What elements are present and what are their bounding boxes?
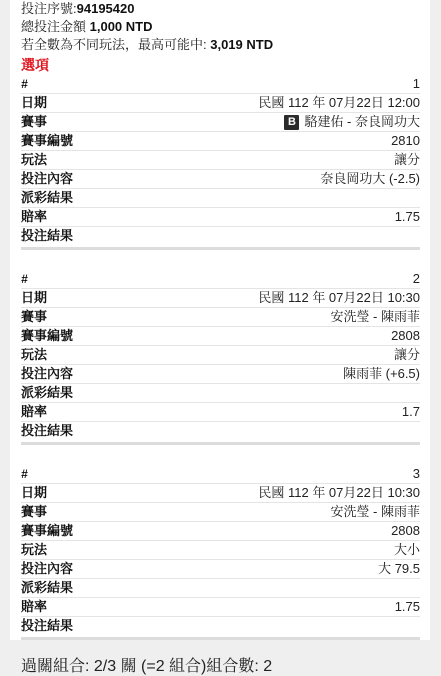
row-play: 玩法大小 [21, 541, 420, 560]
value-num: 1 [413, 75, 420, 93]
serial-label: 投注序號: [21, 1, 77, 16]
row-payout: 派彩結果 [21, 579, 420, 598]
label-payout: 派彩結果 [21, 189, 73, 207]
card-gap [10, 445, 430, 465]
row-odds: 賠率1.75 [21, 208, 420, 227]
row-play: 玩法讓分 [21, 151, 420, 170]
bet-header: 投注序號:94195420 總投注金額 1,000 NTD 若全數為不同玩法，最… [10, 0, 430, 75]
sport-badge-icon: B [284, 115, 299, 130]
label-odds: 賠率 [21, 403, 47, 421]
label-play: 玩法 [21, 541, 47, 559]
label-content: 投注內容 [21, 170, 73, 188]
label-result: 投注結果 [21, 617, 73, 635]
serial-line: 投注序號:94195420 [21, 0, 420, 18]
value-event: 駱建佑 - 奈良岡功大 [304, 113, 420, 131]
card-gap [10, 250, 430, 270]
value-event-id: 2808 [391, 327, 420, 345]
value-play: 讓分 [394, 346, 420, 364]
label-event-id: 賽事編號 [21, 522, 73, 540]
bet-detail-panel: 投注序號:94195420 總投注金額 1,000 NTD 若全數為不同玩法，最… [10, 0, 430, 640]
section-title: 選項 [21, 55, 420, 75]
row-content: 投注內容陳雨菲 (+6.5) [21, 365, 420, 384]
row-date: 日期民國 112 年 07月22日 10:30 [21, 289, 420, 308]
value-play: 大小 [394, 541, 420, 559]
label-payout: 派彩結果 [21, 384, 73, 402]
row-event: 賽事B駱建佑 - 奈良岡功大 [21, 113, 420, 132]
total-value: 1,000 NTD [90, 19, 153, 34]
value-odds: 1.75 [395, 598, 420, 616]
label-result: 投注結果 [21, 422, 73, 440]
max-win-line: 若全數為不同玩法，最高可能中: 3,019 NTD [21, 36, 420, 54]
max-win-value: 3,019 NTD [210, 37, 273, 52]
label-odds: 賠率 [21, 208, 47, 226]
value-content: 陳雨菲 (+6.5) [343, 365, 420, 383]
label-play: 玩法 [21, 151, 47, 169]
row-payout: 派彩結果 [21, 384, 420, 403]
row-num: #1 [21, 75, 420, 94]
label-event: 賽事 [21, 308, 47, 326]
value-date: 民國 112 年 07月22日 10:30 [258, 484, 420, 502]
value-odds: 1.7 [402, 403, 420, 421]
row-payout: 派彩結果 [21, 189, 420, 208]
label-content: 投注內容 [21, 365, 73, 383]
value-play: 讓分 [394, 151, 420, 169]
value-content: 大 79.5 [378, 560, 420, 578]
row-event: 賽事安洗瑩 - 陳雨菲 [21, 503, 420, 522]
total-label: 總投注金額 [21, 19, 90, 34]
row-event: 賽事安洗瑩 - 陳雨菲 [21, 308, 420, 327]
row-event-id: 賽事編號2808 [21, 327, 420, 346]
value-odds: 1.75 [395, 208, 420, 226]
serial-value: 94195420 [77, 1, 135, 16]
row-result: 投注結果 [21, 227, 420, 245]
label-date: 日期 [21, 289, 47, 307]
value-event-id: 2808 [391, 522, 420, 540]
value-content: 奈良岡功大 (-2.5) [320, 170, 420, 188]
bet-card-1: #1 日期民國 112 年 07月22日 12:00 賽事B駱建佑 - 奈良岡功… [21, 75, 420, 250]
row-num: #3 [21, 465, 420, 484]
label-event: 賽事 [21, 503, 47, 521]
value-num: 3 [413, 465, 420, 483]
value-event: 安洗瑩 - 陳雨菲 [330, 503, 420, 521]
row-play: 玩法讓分 [21, 346, 420, 365]
row-content: 投注內容大 79.5 [21, 560, 420, 579]
label-num: # [21, 270, 28, 288]
label-event: 賽事 [21, 113, 47, 131]
row-result: 投注結果 [21, 422, 420, 440]
value-date: 民國 112 年 07月22日 12:00 [258, 94, 420, 112]
label-result: 投注結果 [21, 227, 73, 245]
label-date: 日期 [21, 94, 47, 112]
row-event-id: 賽事編號2808 [21, 522, 420, 541]
row-num: #2 [21, 270, 420, 289]
row-odds: 賠率1.7 [21, 403, 420, 422]
row-result: 投注結果 [21, 617, 420, 635]
total-line: 總投注金額 1,000 NTD [21, 18, 420, 36]
bet-card-3: #3 日期民國 112 年 07月22日 10:30 賽事安洗瑩 - 陳雨菲 賽… [21, 465, 420, 640]
value-num: 2 [413, 270, 420, 288]
label-play: 玩法 [21, 346, 47, 364]
value-event-id: 2810 [391, 132, 420, 150]
bet-card-2: #2 日期民國 112 年 07月22日 10:30 賽事安洗瑩 - 陳雨菲 賽… [21, 270, 420, 445]
value-event-wrap: B駱建佑 - 奈良岡功大 [284, 113, 420, 131]
label-payout: 派彩結果 [21, 579, 73, 597]
row-date: 日期民國 112 年 07月22日 10:30 [21, 484, 420, 503]
label-num: # [21, 75, 28, 93]
value-date: 民國 112 年 07月22日 10:30 [258, 289, 420, 307]
row-content: 投注內容奈良岡功大 (-2.5) [21, 170, 420, 189]
max-win-label: 若全數為不同玩法，最高可能中: [21, 37, 210, 52]
label-odds: 賠率 [21, 598, 47, 616]
row-date: 日期民國 112 年 07月22日 12:00 [21, 94, 420, 113]
row-event-id: 賽事編號2810 [21, 132, 420, 151]
label-event-id: 賽事編號 [21, 132, 73, 150]
row-odds: 賠率1.75 [21, 598, 420, 617]
value-event: 安洗瑩 - 陳雨菲 [330, 308, 420, 326]
label-date: 日期 [21, 484, 47, 502]
label-content: 投注內容 [21, 560, 73, 578]
label-num: # [21, 465, 28, 483]
label-event-id: 賽事編號 [21, 327, 73, 345]
